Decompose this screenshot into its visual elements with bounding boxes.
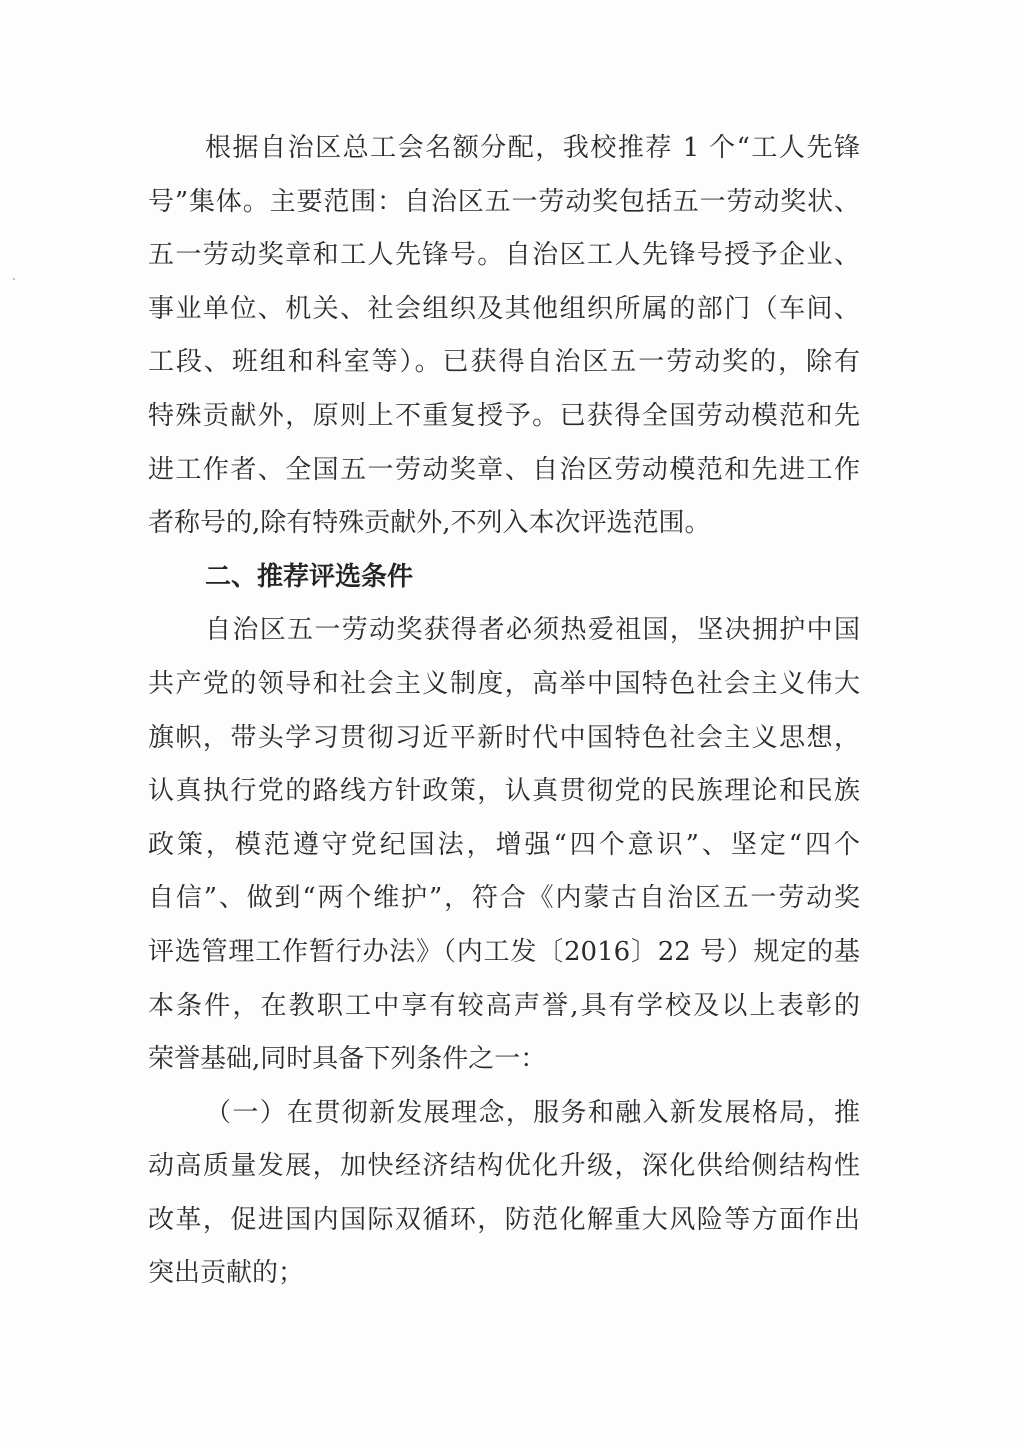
paragraph-condition-1: （一）在贯彻新发展理念，服务和融入新发展格局，推 动高质量发展，加快经济结构优化…: [148, 1087, 860, 1301]
text-line: 荣誉基础,同时具备下列条件之一：: [148, 1033, 860, 1087]
text-line: （一）在贯彻新发展理念，服务和融入新发展格局，推: [148, 1087, 860, 1141]
text-line: 工段、班组和科室等）。已获得自治区五一劳动奖的，除有: [148, 336, 860, 390]
scan-speck: [13, 278, 15, 280]
text-line: 事业单位、机关、社会组织及其他组织所属的部门（车间、: [148, 283, 860, 337]
text-line: 政策，模范遵守党纪国法，增强“四个意识”、坚定“四个: [148, 819, 860, 873]
text-line: 旗帜，带头学习贯彻习近平新时代中国特色社会主义思想，: [148, 712, 860, 766]
text-line: 特殊贡献外，原则上不重复授予。已获得全国劳动模范和先: [148, 390, 860, 444]
paragraph-basic-requirements: 自治区五一劳动奖获得者必须热爱祖国，坚决拥护中国 共产党的领导和社会主义制度，高…: [148, 604, 860, 1086]
text-line: 评选管理工作暂行办法》（内工发〔2016〕22 号）规定的基: [148, 926, 860, 980]
text-line: 根据自治区总工会名额分配，我校推荐 1 个“工人先锋: [148, 122, 860, 176]
text-line: 认真执行党的路线方针政策，认真贯彻党的民族理论和民族: [148, 765, 860, 819]
text-line: 本条件，在教职工中享有较高声誉,具有学校及以上表彰的: [148, 980, 860, 1034]
text-line: 动高质量发展，加快经济结构优化升级，深化供给侧结构性: [148, 1140, 860, 1194]
text-line: 进工作者、全国五一劳动奖章、自治区劳动模范和先进工作: [148, 444, 860, 498]
text-line: 自信”、做到“两个维护”，符合《内蒙古自治区五一劳动奖: [148, 872, 860, 926]
text-line: 者称号的,除有特殊贡献外,不列入本次评选范围。: [148, 497, 860, 551]
document-page: 根据自治区总工会名额分配，我校推荐 1 个“工人先锋 号”集体。主要范围：自治区…: [148, 122, 860, 1301]
text-line: 五一劳动奖章和工人先锋号。自治区工人先锋号授予企业、: [148, 229, 860, 283]
text-line: 突出贡献的；: [148, 1247, 860, 1301]
text-line: 共产党的领导和社会主义制度，高举中国特色社会主义伟大: [148, 658, 860, 712]
paragraph-quota-scope: 根据自治区总工会名额分配，我校推荐 1 个“工人先锋 号”集体。主要范围：自治区…: [148, 122, 860, 551]
text-line: 自治区五一劳动奖获得者必须热爱祖国，坚决拥护中国: [148, 604, 860, 658]
text-line: 号”集体。主要范围：自治区五一劳动奖包括五一劳动奖状、: [148, 176, 860, 230]
section-heading: 二、推荐评选条件: [148, 551, 860, 605]
text-line: 改革，促进国内国际双循环，防范化解重大风险等方面作出: [148, 1194, 860, 1248]
